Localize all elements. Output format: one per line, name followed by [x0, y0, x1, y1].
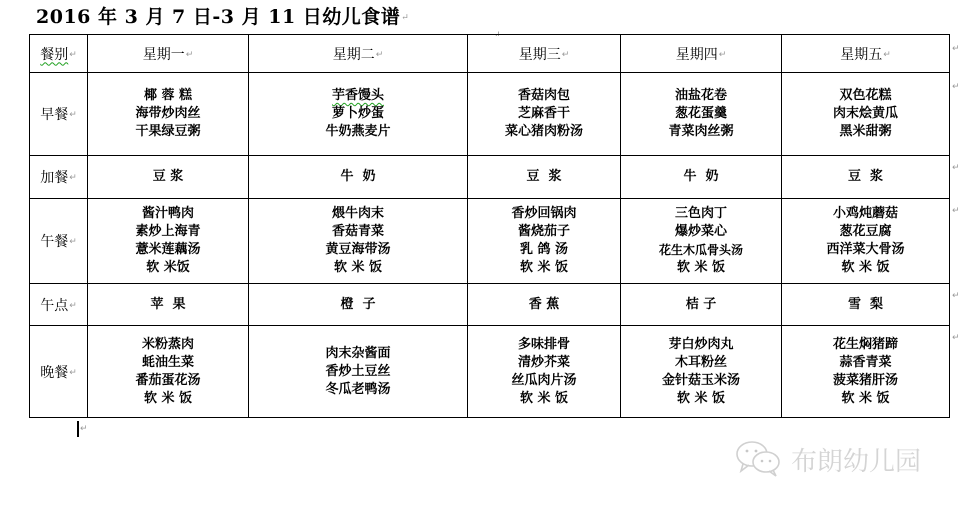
dish: 双色花糕 — [782, 87, 949, 105]
menu-cell[interactable]: 花生焖猪蹄 蒜香青菜 菠菜猪肝汤 软 米 饭 — [782, 326, 950, 418]
menu-cell[interactable]: 牛 奶 — [249, 156, 468, 199]
menu-cell[interactable]: 煨牛肉末 香菇青菜 黄豆海带汤 软 米 饭 — [249, 199, 468, 284]
meal-label: 晚餐 — [40, 365, 68, 381]
paragraph-mark: ↵ — [69, 237, 77, 247]
dish: 蒜香青菜 — [782, 354, 949, 372]
dish: 桔 子 — [621, 296, 781, 314]
dish: 黑米甜粥 — [782, 123, 949, 141]
dish: 芋香馒头 — [249, 87, 467, 105]
menu-cell[interactable]: 豆 浆 — [88, 156, 249, 199]
menu-cell[interactable]: 肉末杂酱面 香炒土豆丝 冬瓜老鸭汤 — [249, 326, 468, 418]
end-of-row-mark: ↵ — [952, 44, 960, 54]
meal-label-breakfast[interactable]: 早餐↵ — [30, 73, 88, 156]
menu-cell[interactable]: 雪 梨 — [782, 284, 950, 326]
dish: 芝麻香干 — [468, 105, 620, 123]
dish: 软 米饭 — [88, 259, 248, 277]
paragraph-mark: ↵ — [186, 50, 194, 60]
day-header-thu[interactable]: 星期四↵ — [621, 35, 782, 73]
paragraph-mark: ↵ — [719, 50, 727, 60]
paragraph-mark: ↵ — [401, 13, 409, 23]
meal-label-dinner[interactable]: 晚餐↵ — [30, 326, 88, 418]
dish: 蚝油生菜 — [88, 354, 248, 372]
end-of-row-mark: ↵ — [952, 291, 960, 301]
menu-cell[interactable]: 橙 子 — [249, 284, 468, 326]
meal-label-lunch[interactable]: 午餐↵ — [30, 199, 88, 284]
dish: 花生木瓜骨头汤 — [621, 241, 781, 259]
menu-cell[interactable]: 香菇肉包 芝麻香干 菜心猪肉粉汤 — [468, 73, 621, 156]
header-row: 餐别↵ 星期一↵ 星期二↵ 星期三↵ 星期四↵ 星期五↵ — [30, 35, 950, 73]
dish: 酱汁鸭肉 — [88, 205, 248, 223]
dish: 冬瓜老鸭汤 — [249, 381, 467, 399]
dish: 豆 浆 — [782, 168, 949, 186]
dish: 葱花蛋羹 — [621, 105, 781, 123]
dish: 西洋菜大骨汤 — [782, 241, 949, 259]
paragraph-mark: ↵ — [376, 50, 384, 60]
day-label: 星期一 — [143, 47, 185, 63]
dish: 爆炒菜心 — [621, 223, 781, 241]
day-header-mon[interactable]: 星期一↵ — [88, 35, 249, 73]
dish: 煨牛肉末 — [249, 205, 467, 223]
dish: 小鸡炖蘑菇 — [782, 205, 949, 223]
day-header-tue[interactable]: 星期二↵ — [249, 35, 468, 73]
dish: 丝瓜肉片汤 — [468, 372, 620, 390]
menu-cell[interactable]: 豆 浆 — [782, 156, 950, 199]
end-of-row-mark: ↵ — [952, 206, 960, 216]
dish: 萝卜炒蛋 — [249, 105, 467, 123]
dish: 软 米 饭 — [621, 259, 781, 277]
meal-row-lunch: 午餐↵ 酱汁鸭肉 素炒上海青 薏米莲藕汤 软 米饭 煨牛肉末 香菇青菜 黄豆海带… — [30, 199, 950, 284]
paragraph-mark: ↵ — [69, 173, 77, 183]
dish: 椰 蓉 糕 — [88, 87, 248, 105]
dish: 牛奶燕麦片 — [249, 123, 467, 141]
paragraph-mark: ↵ — [69, 110, 77, 120]
day-header-wed[interactable]: 星期三↵ — [468, 35, 621, 73]
dish: 金针菇玉米汤 — [621, 372, 781, 390]
dish: 肉末杂酱面 — [249, 345, 467, 363]
dish: 乳 鸽 汤 — [468, 241, 620, 259]
wechat-icon — [735, 440, 783, 478]
menu-cell[interactable]: 牛 奶 — [621, 156, 782, 199]
dish: 青菜肉丝粥 — [621, 123, 781, 141]
dish: 香炒回锅肉 — [468, 205, 620, 223]
end-of-row-mark: ↵ — [952, 163, 960, 173]
dish: 菜心猪肉粉汤 — [468, 123, 620, 141]
dish: 多味排骨 — [468, 336, 620, 354]
dish: 清炒芥菜 — [468, 354, 620, 372]
dish: 牛 奶 — [621, 168, 781, 186]
dish: 雪 梨 — [782, 296, 949, 314]
dish: 干果绿豆粥 — [88, 123, 248, 141]
text-cursor — [77, 421, 79, 437]
dish: 芽白炒肉丸 — [621, 336, 781, 354]
document-title: 2016 年 3 月 7 日-3 月 11 日幼儿食谱↵ — [36, 2, 409, 29]
menu-cell[interactable]: 香炒回锅肉 酱烧茄子 乳 鸽 汤 软 米 饭 — [468, 199, 621, 284]
menu-cell[interactable]: 芋香馒头 萝卜炒蛋 牛奶燕麦片 — [249, 73, 468, 156]
dish: 软 米 饭 — [88, 390, 248, 408]
meal-label: 午餐 — [40, 234, 68, 250]
dish: 油盐花卷 — [621, 87, 781, 105]
meal-label-snack[interactable]: 加餐↵ — [30, 156, 88, 199]
dish: 香菇青菜 — [249, 223, 467, 241]
menu-cell[interactable]: 多味排骨 清炒芥菜 丝瓜肉片汤 软 米 饭 — [468, 326, 621, 418]
dish: 香 蕉 — [468, 296, 620, 314]
day-label: 星期四 — [676, 47, 718, 63]
corner-header-text: 餐别 — [40, 47, 68, 63]
paragraph-mark: ↵ — [69, 50, 77, 60]
dish: 苹 果 — [88, 296, 248, 314]
day-label: 星期五 — [840, 47, 882, 63]
menu-cell[interactable]: 酱汁鸭肉 素炒上海青 薏米莲藕汤 软 米饭 — [88, 199, 249, 284]
meal-label-afternoon-snack[interactable]: 午点↵ — [30, 284, 88, 326]
dish: 软 米 饭 — [468, 390, 620, 408]
dish: 软 米 饭 — [782, 390, 949, 408]
meal-label: 早餐 — [40, 107, 68, 123]
dish: 软 米 饭 — [468, 259, 620, 277]
menu-cell[interactable]: 香 蕉 — [468, 284, 621, 326]
dish: 软 米 饭 — [782, 259, 949, 277]
day-header-fri[interactable]: 星期五↵ — [782, 35, 950, 73]
menu-cell[interactable]: 芽白炒肉丸 木耳粉丝 金针菇玉米汤 软 米 饭 — [621, 326, 782, 418]
dish: 软 米 饭 — [621, 390, 781, 408]
dish: 菠菜猪肝汤 — [782, 372, 949, 390]
dish: 素炒上海青 — [88, 223, 248, 241]
meal-label: 午点 — [40, 298, 68, 314]
menu-cell[interactable]: 双色花糕 肉末烩黄瓜 黑米甜粥 — [782, 73, 950, 156]
menu-cell[interactable]: 油盐花卷 葱花蛋羹 青菜肉丝粥 — [621, 73, 782, 156]
paragraph-mark: ↵ — [80, 424, 88, 434]
dish: 豆 浆 — [468, 168, 620, 186]
menu-cell[interactable]: 桔 子 — [621, 284, 782, 326]
paragraph-mark: ↵ — [883, 50, 891, 60]
dish: 酱烧茄子 — [468, 223, 620, 241]
dish: 米粉蒸肉 — [88, 336, 248, 354]
menu-cell[interactable]: 豆 浆 — [468, 156, 621, 199]
dish: 牛 奶 — [249, 168, 467, 186]
dish: 番茄蛋花汤 — [88, 372, 248, 390]
menu-cell[interactable]: 苹 果 — [88, 284, 249, 326]
corner-header[interactable]: 餐别↵ — [30, 35, 88, 73]
dish: 葱花豆腐 — [782, 223, 949, 241]
dish: 花生焖猪蹄 — [782, 336, 949, 354]
paragraph-mark: ↵ — [562, 50, 570, 60]
meal-label: 加餐 — [40, 170, 68, 186]
dish: 海带炒肉丝 — [88, 105, 248, 123]
meal-row-afternoon-snack: 午点↵ 苹 果 橙 子 香 蕉 桔 子 雪 梨 — [30, 284, 950, 326]
meal-row-breakfast: 早餐↵ 椰 蓉 糕 海带炒肉丝 干果绿豆粥 芋香馒头 萝卜炒蛋 牛奶燕麦片 香菇… — [30, 73, 950, 156]
title-text: 2016 年 3 月 7 日-3 月 11 日幼儿食谱 — [36, 6, 400, 28]
dish: 软 米 饭 — [249, 259, 467, 277]
day-label: 星期三 — [519, 47, 561, 63]
meal-row-snack: 加餐↵ 豆 浆 牛 奶 豆 浆 牛 奶 豆 浆 — [30, 156, 950, 199]
dish: 黄豆海带汤 — [249, 241, 467, 259]
paragraph-mark: ↵ — [69, 301, 77, 311]
menu-table: 餐别↵ 星期一↵ 星期二↵ 星期三↵ 星期四↵ 星期五↵ 早餐↵ 椰 蓉 糕 海… — [29, 34, 950, 418]
menu-cell[interactable]: 米粉蒸肉 蚝油生菜 番茄蛋花汤 软 米 饭 — [88, 326, 249, 418]
end-of-row-mark: ↵ — [952, 82, 960, 92]
dish: 橙 子 — [249, 296, 467, 314]
menu-cell[interactable]: 小鸡炖蘑菇 葱花豆腐 西洋菜大骨汤 软 米 饭 — [782, 199, 950, 284]
watermark-text: 布朗幼儿园 — [791, 441, 921, 478]
menu-cell[interactable]: 椰 蓉 糕 海带炒肉丝 干果绿豆粥 — [88, 73, 249, 156]
dish: 三色肉丁 — [621, 205, 781, 223]
dish: 薏米莲藕汤 — [88, 241, 248, 259]
menu-cell[interactable]: 三色肉丁 爆炒菜心 花生木瓜骨头汤 软 米 饭 — [621, 199, 782, 284]
dish: 豆 浆 — [88, 168, 248, 186]
dish: 肉末烩黄瓜 — [782, 105, 949, 123]
dish: 香菇肉包 — [468, 87, 620, 105]
dish: 木耳粉丝 — [621, 354, 781, 372]
watermark: 布朗幼儿园 — [735, 440, 921, 478]
dish: 香炒土豆丝 — [249, 363, 467, 381]
end-of-row-mark: ↵ — [952, 333, 960, 343]
day-label: 星期二 — [333, 47, 375, 63]
paragraph-mark: ↵ — [69, 368, 77, 378]
meal-row-dinner: 晚餐↵ 米粉蒸肉 蚝油生菜 番茄蛋花汤 软 米 饭 肉末杂酱面 香炒土豆丝 冬瓜… — [30, 326, 950, 418]
